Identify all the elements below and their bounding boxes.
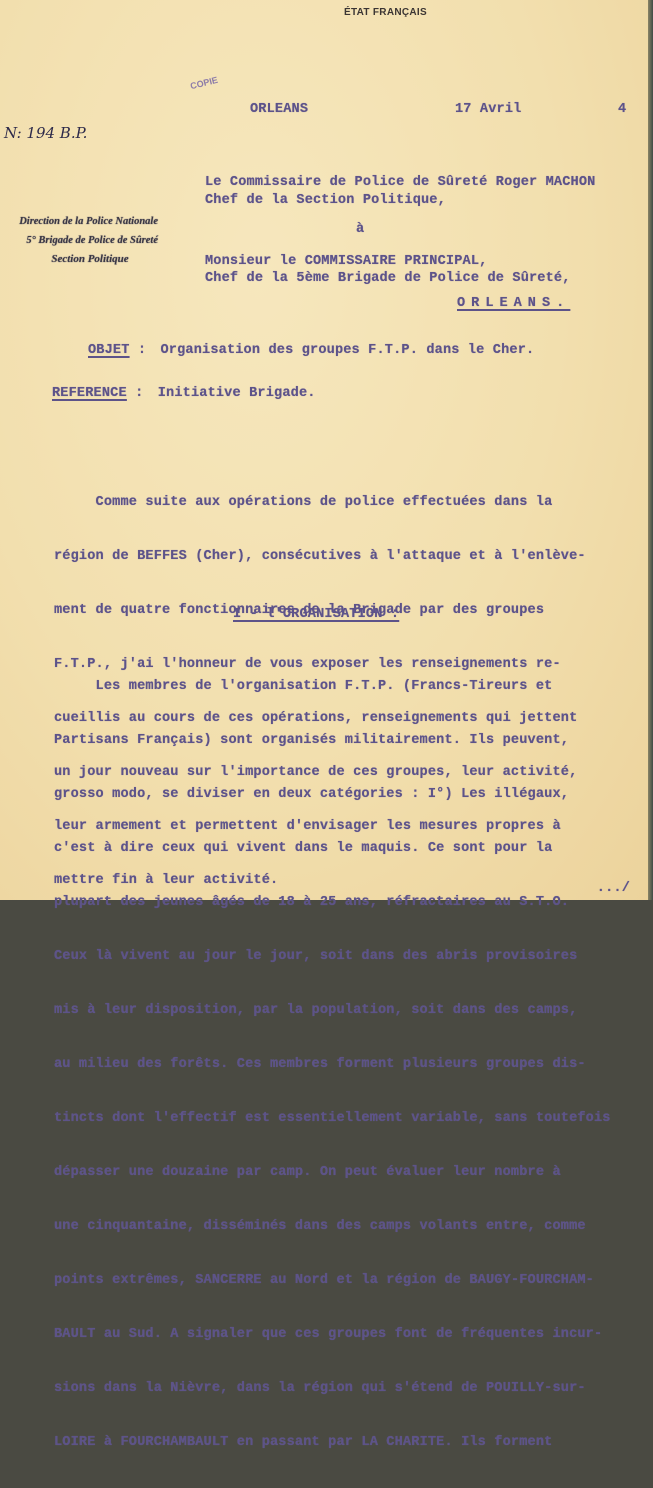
sender-stamp-line1: Direction de la Police Nationale xyxy=(2,212,158,231)
text-line: grosso modo, se diviser en deux catégori… xyxy=(54,786,634,804)
text-line: Les membres de l'organisation F.T.P. (Fr… xyxy=(54,678,634,696)
reference-value: Initiative Brigade. xyxy=(158,386,316,401)
objet-label: OBJET xyxy=(88,343,130,358)
text-line: région de BEFFES (Cher), consécutives à … xyxy=(54,548,634,566)
sender-stamp: Direction de la Police Nationale 5° Brig… xyxy=(2,212,158,269)
to-city: ORLEANS. xyxy=(457,295,570,313)
page-edge xyxy=(648,0,653,900)
sender-stamp-line3: Section Politique xyxy=(2,250,158,269)
section-paragraph: Les membres de l'organisation F.T.P. (Fr… xyxy=(54,642,634,900)
text-line: Partisans Français) sont organisés milit… xyxy=(54,732,634,750)
section-title: I - l'ORGANISATION : xyxy=(233,606,399,624)
reference-number: N: 194 B.P. xyxy=(4,124,87,142)
from-line1: Le Commissaire de Police de Sûreté Roger… xyxy=(205,174,595,192)
text-line: Comme suite aux opérations de police eff… xyxy=(54,494,634,512)
to-line2: Chef de la 5ème Brigade de Police de Sûr… xyxy=(205,270,571,288)
objet-line: OBJET : Organisation des groupes F.T.P. … xyxy=(88,342,534,360)
from-line2: Chef de la Section Politique, xyxy=(205,192,446,210)
objet-value: Organisation des groupes F.T.P. dans le … xyxy=(160,343,534,358)
reference-label: REFERENCE xyxy=(52,386,127,401)
reference-separator: : xyxy=(135,386,143,401)
sender-stamp-line2: 5° Brigade de Police de Sûreté xyxy=(2,231,158,250)
document-page: ÉTAT FRANÇAIS COPIE ORLEANS 17 Avril 4 N… xyxy=(0,0,648,900)
to-line1: Monsieur le COMMISSAIRE PRINCIPAL, xyxy=(205,253,487,271)
reference-line: REFERENCE : Initiative Brigade. xyxy=(52,385,316,403)
city-header: ORLEANS xyxy=(250,101,308,119)
continuation-mark: .../ xyxy=(597,880,630,898)
to-marker: à xyxy=(356,221,364,239)
etat-francais-stamp: ÉTAT FRANÇAIS xyxy=(344,7,427,18)
date-header: 17 Avril xyxy=(455,101,521,119)
copie-stamp: COPIE xyxy=(189,75,219,91)
year-fragment: 4 xyxy=(618,101,626,119)
text-line: plupart des jeunes âgés de 18 à 25 ans, … xyxy=(54,894,634,900)
objet-separator: : xyxy=(138,343,146,358)
text-line: c'est à dire ceux qui vivent dans le maq… xyxy=(54,840,634,858)
